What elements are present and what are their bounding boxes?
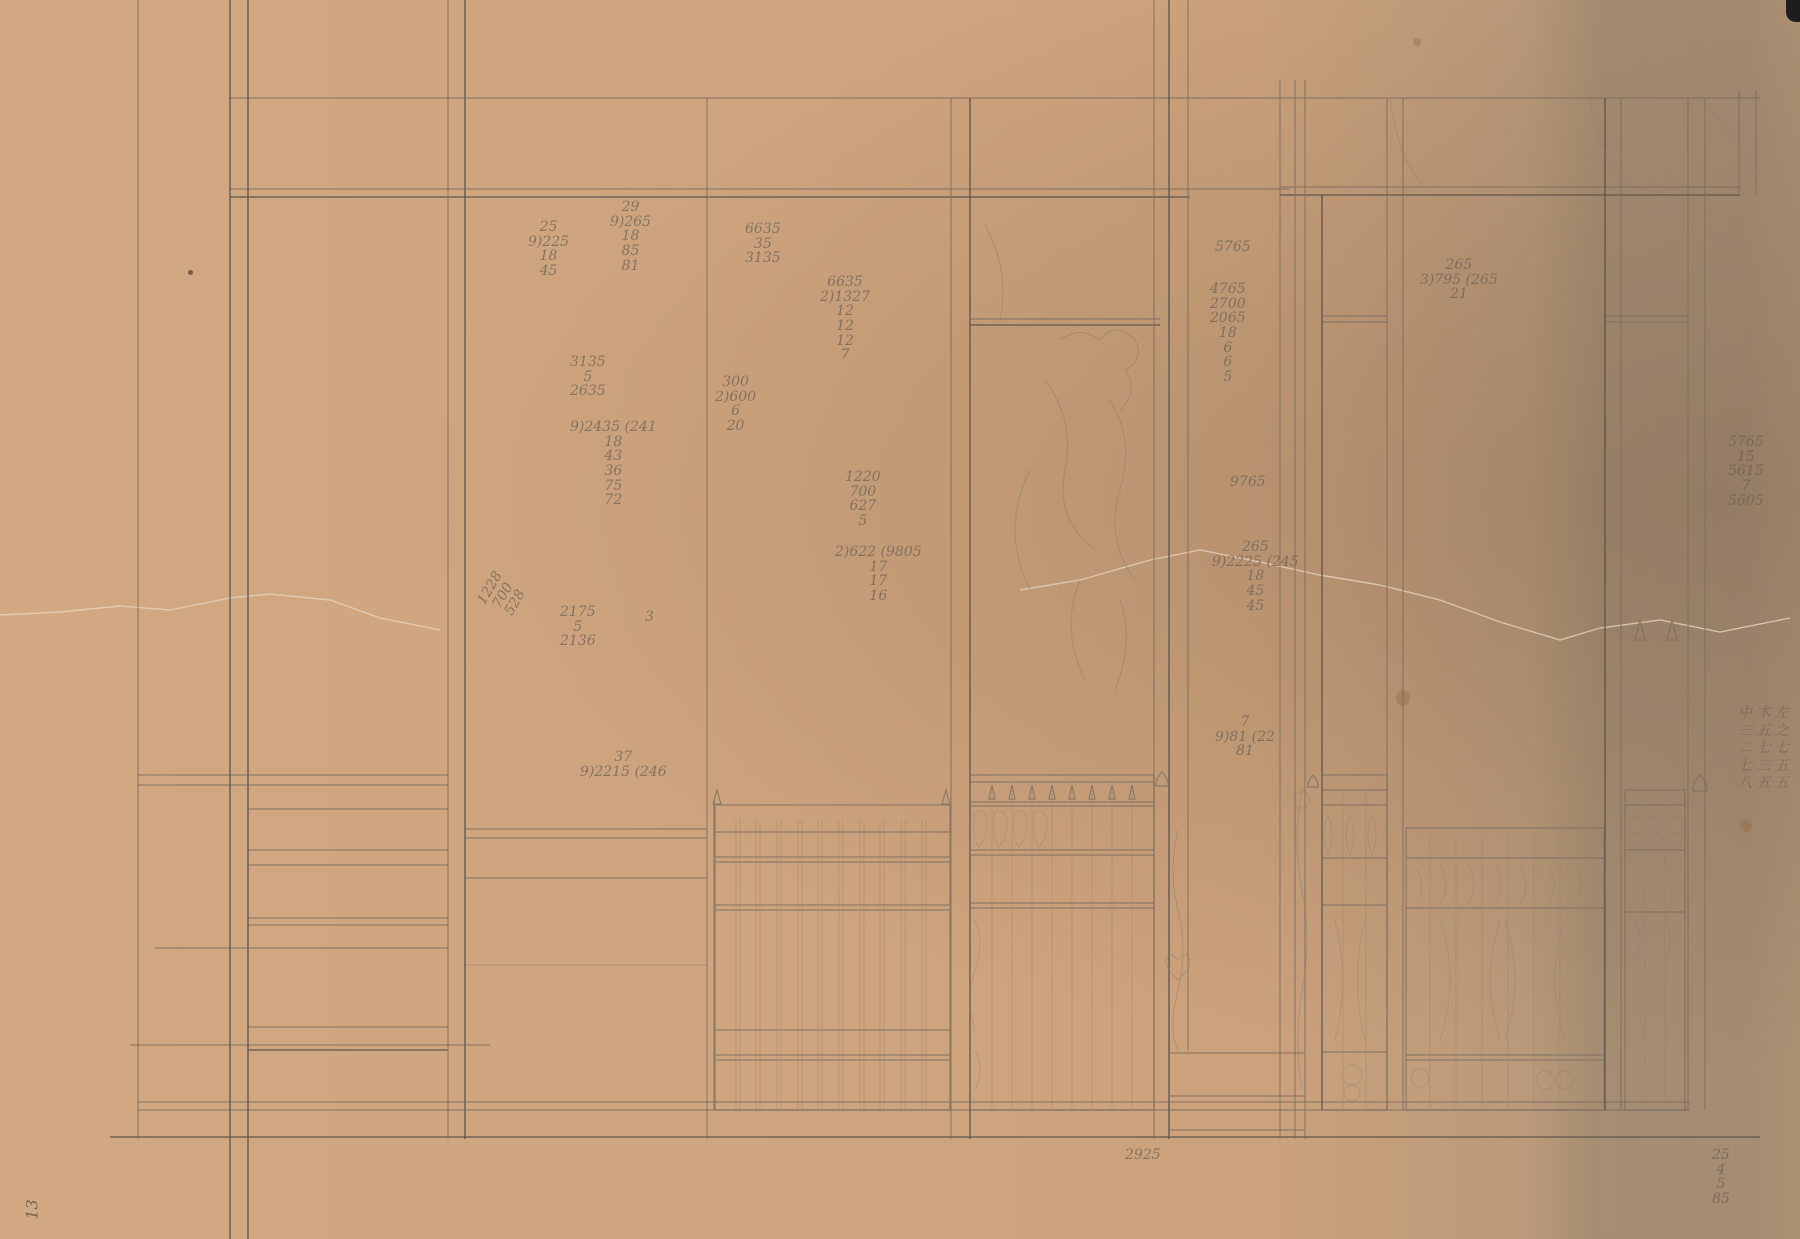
gate-plain — [713, 790, 950, 1110]
sheet-number: 13 — [23, 1199, 42, 1219]
calc-note: 29 9)265 18 85 81 — [610, 200, 651, 273]
stain — [1740, 820, 1752, 832]
calc-note: 37 9)2215 (246 — [580, 750, 667, 779]
calc-note: 9765 — [1230, 475, 1266, 490]
calc-note: 3135 5 2635 — [570, 355, 606, 399]
calc-note: 6635 35 3135 — [745, 222, 781, 266]
elevation-drawing — [0, 0, 1800, 1239]
calc-note: 5765 — [1215, 240, 1251, 255]
dimension-note: 2925 — [1125, 1148, 1161, 1163]
stain — [1413, 38, 1421, 46]
spear-finials — [989, 785, 1135, 799]
arch-curves — [985, 98, 1760, 320]
sketched-ornament — [1015, 330, 1138, 690]
calc-note: 265 9)2225 (245 18 45 45 — [1212, 540, 1299, 613]
horizontal-lines — [110, 98, 1760, 1137]
calc-note: 4765 2700 2065 18 6 6 5 — [1210, 282, 1246, 385]
calc-note: 265 3)795 (265 21 — [1420, 258, 1498, 302]
speck — [188, 270, 193, 275]
gate-ornamental-left — [1308, 775, 1387, 1110]
calc-note: 3 — [645, 610, 654, 625]
calc-note: 1220 700 627 5 — [845, 470, 881, 529]
gate-finials-scrolls — [970, 772, 1168, 1110]
calc-note: 25 9)225 18 45 — [528, 220, 569, 279]
gate-ornamental-wide — [1406, 828, 1604, 1110]
calc-note: 2175 5 2136 — [560, 605, 596, 649]
chinese-annotation: 中 木 左 三 五 之 二 七 七 七 三 五 八 五 五 — [1738, 705, 1789, 793]
vertical-lines — [138, 0, 1756, 1239]
heart-scrolls — [970, 811, 1047, 1090]
calc-note: 6635 2)1327 12 12 12 7 — [820, 275, 870, 363]
calc-note: 2)622 (9805 17 17 16 — [835, 545, 922, 604]
stain — [1396, 690, 1410, 706]
calc-note: 300 2)600 6 20 — [715, 375, 756, 434]
calc-note: 7 9)81 (22 81 — [1215, 715, 1275, 759]
calc-note: 5765 15 5615 7 5605 — [1728, 435, 1764, 508]
gate-ornamental-right — [1625, 620, 1707, 1110]
dimension-note: 25 4 5 85 — [1712, 1148, 1730, 1207]
drawing-sheet: 25 9)225 18 45 29 9)265 18 85 81 3135 5 … — [0, 0, 1800, 1239]
calc-note: 9)2435 (241 18 43 36 75 72 — [570, 420, 657, 508]
